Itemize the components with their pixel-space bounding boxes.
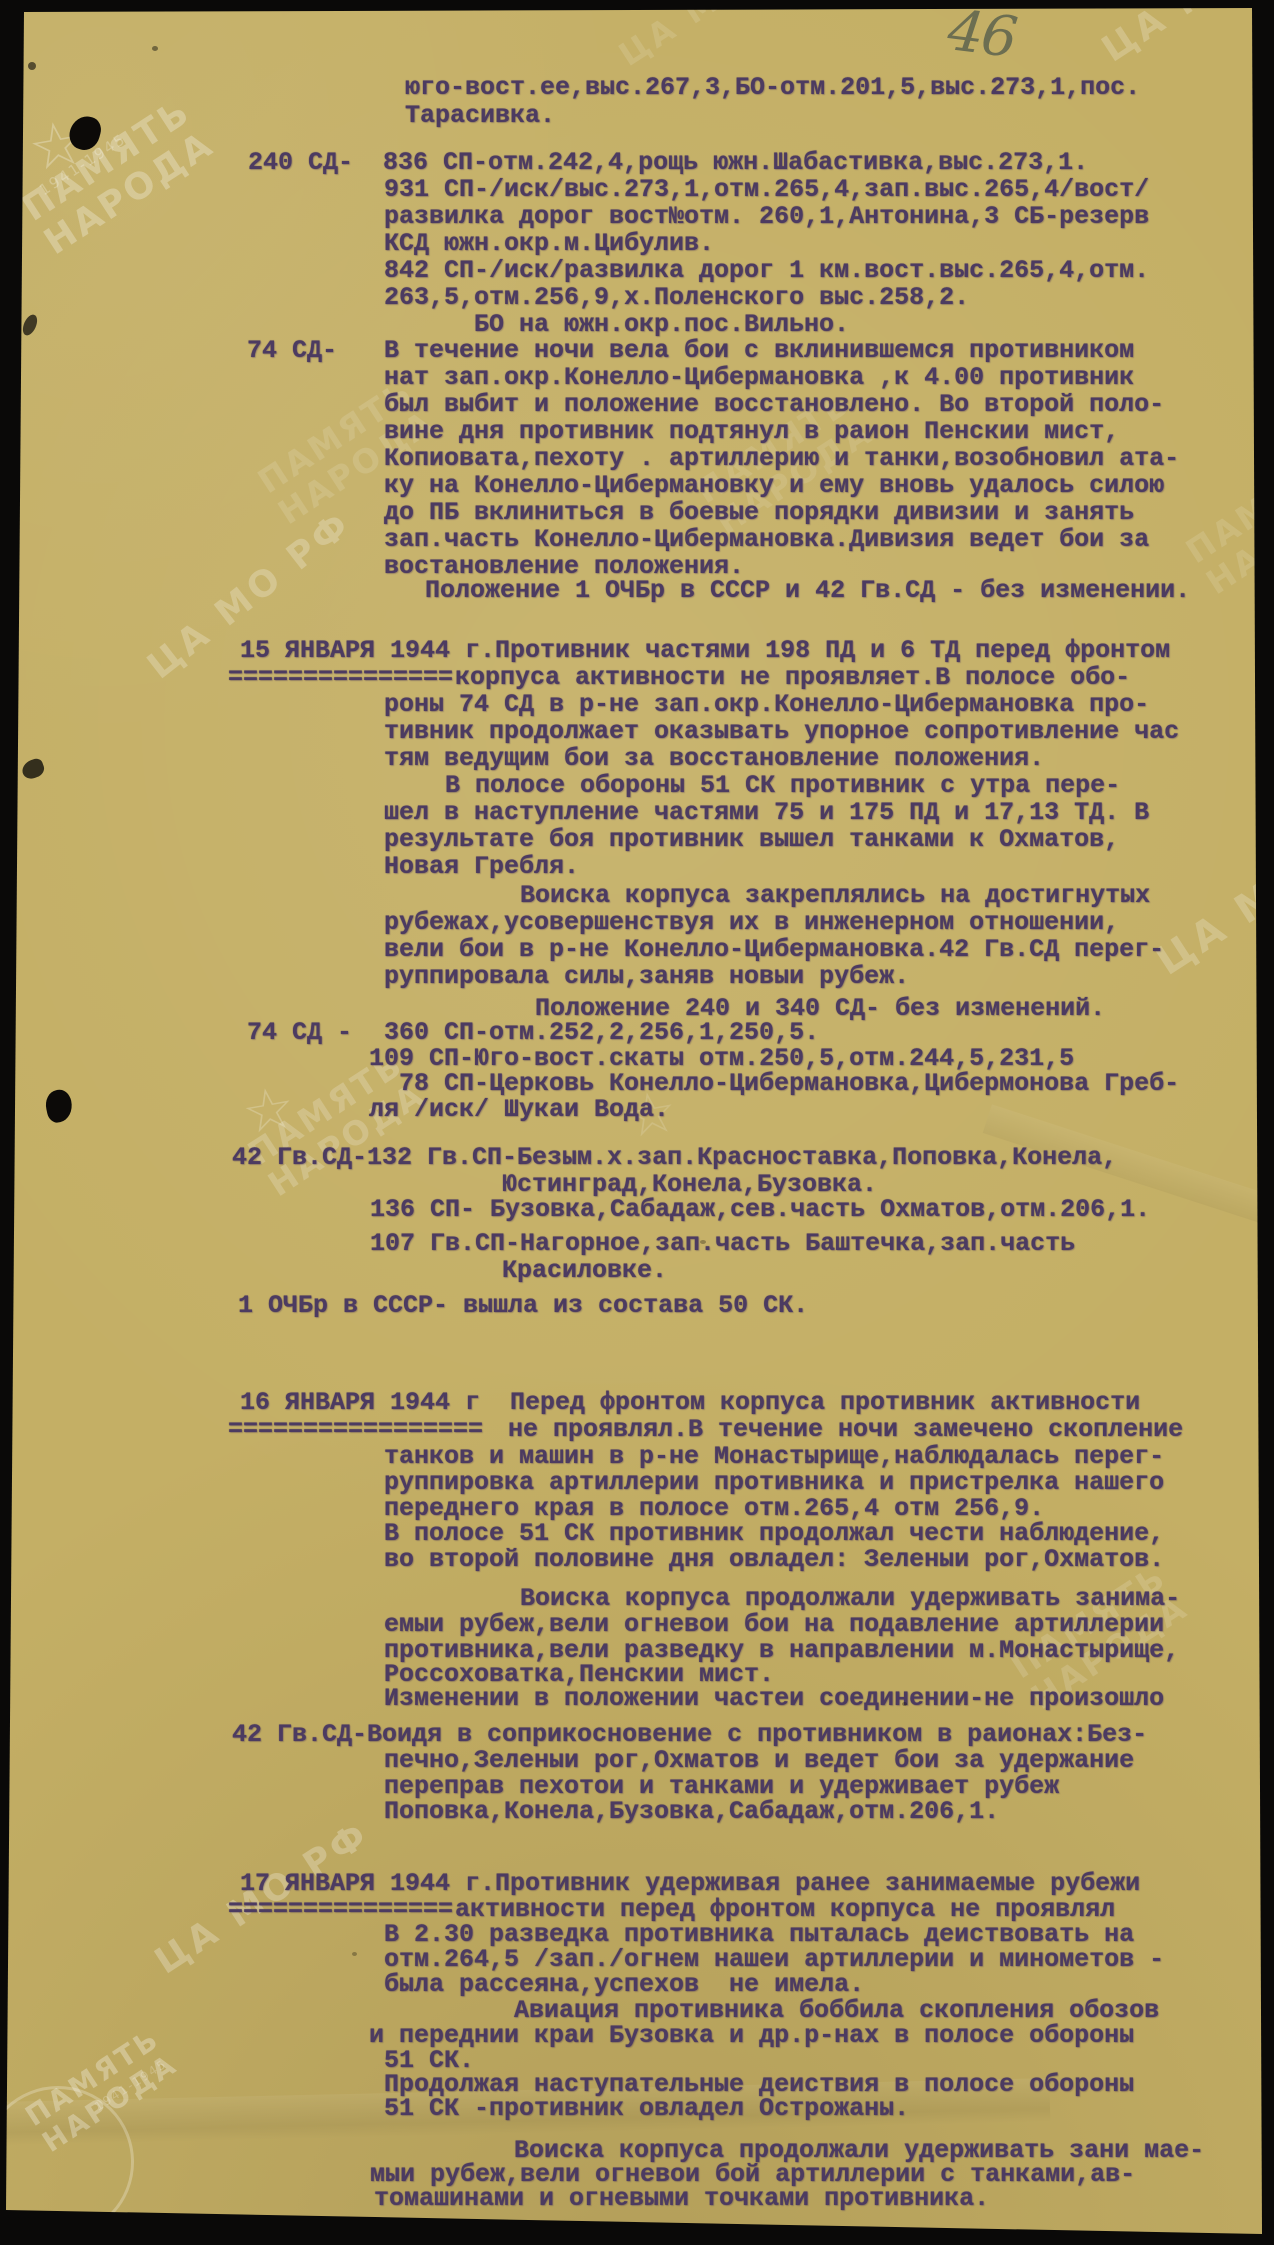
text-line: КСД южн.окр.м.Цибулив. [384, 231, 714, 257]
text-line: ================= [228, 1417, 483, 1443]
text-line: Воиска корпуса закреплялись на достигнут… [520, 883, 1150, 909]
text-line: В полосе обороны 51 СК противник с утра … [445, 773, 1120, 799]
text-line: рубежах,усовершенствуя их в инженерном о… [384, 910, 1119, 936]
text-line: руппировка артиллерии противника и прист… [384, 1470, 1164, 1496]
text-line: роны 74 СД в р-не зап.окр.Конелло-Циберм… [384, 692, 1149, 718]
text-line: БО на южн.окр.пос.Вильно. [474, 312, 849, 338]
text-line: =============== [228, 665, 453, 691]
text-line: руппировала силы,заняв новыи рубеж. [384, 964, 909, 990]
text-line: Воиска корпуса продолжали удерживать зан… [520, 1586, 1180, 1612]
text-line: Тарасивка. [405, 103, 555, 129]
text-line: 74 СД- [247, 338, 337, 364]
text-line: шел в наступление частями 75 и 175 ПД и … [384, 800, 1149, 826]
text-line: 136 СП- Бузовка,Сабадаж,сев.часть Охмато… [370, 1197, 1150, 1223]
text-line: 74 СД - [247, 1020, 352, 1046]
text-line: 16 ЯНВАРЯ 1944 г [240, 1390, 480, 1416]
document-page: ☆1941-1945ПАМЯТЬНАРОДАЦА МО РФЦА МО РФПА… [0, 0, 1274, 2245]
text-line: юго-вост.ее,выс.267,3,БО-отм.201,5,выс.2… [405, 75, 1140, 101]
text-line: Копиовата,пехоту . артиллерию и танки,во… [384, 446, 1179, 472]
page-number-annotation: 46 [944, 0, 1019, 71]
text-line: ля /иск/ Шукаи Вода. [369, 1097, 669, 1123]
text-line: 42 Гв.СД-132 Гв.СП-Безым.х.зап.Красноста… [232, 1145, 1117, 1171]
text-line: развилка дорог вост№отм. 260,1,Антонина,… [384, 204, 1149, 230]
text-line: 240 СД- 836 СП-отм.242,4,рощь южн.Шабаст… [248, 150, 1088, 176]
text-line: 51 СК -противник овладел Острожаны. [384, 2096, 909, 2122]
text-line: 107 Гв.СП-Нагорное,зап.часть Баштечка,за… [370, 1231, 1075, 1257]
typewritten-text-layer: юго-вост.ее,выс.267,3,БО-отм.201,5,выс.2… [0, 0, 1274, 2245]
text-line: 263,5,отм.256,9,х.Поленского выс.258,2. [384, 285, 969, 311]
text-line: Новая Гребля. [384, 854, 579, 880]
text-line: корпуса активности не проявляет.В полосе… [455, 665, 1130, 691]
text-line: тивник продолжает оказывать упорное сопр… [384, 719, 1179, 745]
text-line: танков и машин в р-не Монастырище,наблюд… [384, 1444, 1164, 1470]
text-line: вели бои в р-не Конелло-Цибермановка.42 … [384, 937, 1164, 963]
text-line: зап.часть Конелло-Цибермановка.Дивизия в… [384, 527, 1149, 553]
text-line: 360 СП-отм.252,2,256,1,250,5. [384, 1020, 819, 1046]
text-line: и переднии краи Бузовка и др.р-нах в пол… [369, 2023, 1134, 2049]
text-line: Поповка,Конела,Бузовка,Сабадаж,отм.206,1… [384, 1799, 999, 1825]
text-line: 842 СП-/иск/развилка дорог 1 км.вост.выс… [384, 258, 1149, 284]
text-line: 15 ЯНВАРЯ 1944 г.Противник частями 198 П… [240, 638, 1170, 664]
text-line: 17 ЯНВАРЯ 1944 г.Противник удерживая ран… [240, 1871, 1140, 1897]
text-line: Перед фронтом корпуса противник активнос… [510, 1390, 1140, 1416]
text-line: не проявлял.В течение ночи замечено скоп… [508, 1417, 1183, 1443]
text-line: Изменении в положении частеи соединении-… [384, 1686, 1164, 1712]
text-line: Положение 1 ОЧБр в СССР и 42 Гв.СД - без… [425, 578, 1190, 604]
text-line: 42 Гв.СД-Воидя в соприкосновение с проти… [232, 1722, 1147, 1748]
text-line: 931 СП-/иск/выс.273,1,отм.265,4,зап.выс.… [384, 177, 1149, 203]
text-line: был выбит и положение восстановлено. Во … [384, 392, 1164, 418]
text-line: во второй половине дня овладел: Зеленыи … [384, 1547, 1164, 1573]
text-line: В течение ночи вела бои с вклинившемся п… [384, 338, 1134, 364]
text-line: томашинами и огневыми точками противника… [374, 2186, 989, 2212]
text-line: ку на Конелло-Цибермановку и ему вновь у… [384, 473, 1164, 499]
text-line: до ПБ вклиниться в боевые порядки дивизи… [384, 500, 1134, 526]
text-line: Красиловке. [502, 1258, 667, 1284]
text-line: 78 СП-Церковь Конелло-Цибермановка,Цибер… [399, 1071, 1179, 1097]
text-line: печно,Зеленыи рог,Охматов и ведет бои за… [384, 1748, 1134, 1774]
text-line: В полосе 51 СК противник продолжал чести… [384, 1521, 1164, 1547]
text-line: вине дня противник подтянул в раион Пенс… [384, 419, 1119, 445]
text-line: была рассеяна,успехов не имела. [384, 1972, 864, 1998]
text-line: тям ведущим бои за восстановление положе… [384, 746, 1044, 772]
text-line: нат зап.окр.Конелло-Цибермановка ,к 4.00… [384, 365, 1134, 391]
text-line: емыи рубеж,вели огневои бои на подавлени… [384, 1612, 1164, 1638]
text-line: 1 ОЧБр в СССР- вышла из состава 50 СК. [238, 1293, 808, 1319]
scan-background: ☆1941-1945ПАМЯТЬНАРОДАЦА МО РФЦА МО РФПА… [0, 0, 1274, 2245]
text-line: результате боя противник вышел танками к… [384, 827, 1119, 853]
